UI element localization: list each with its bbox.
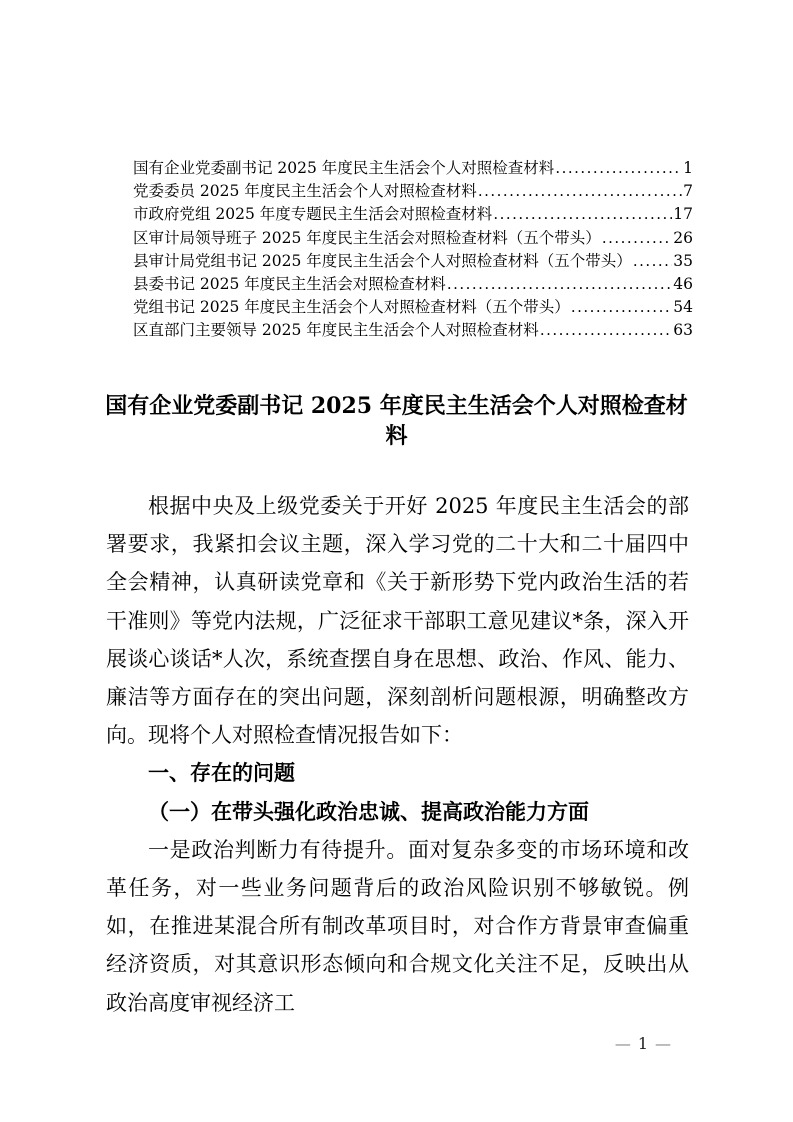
toc-dotted-leader: [602, 227, 672, 250]
document-page: 国有企业党委副书记 2025 年度民主生活会个人对照检查材料 1 党委委员 20…: [0, 0, 793, 1122]
intro-paragraph: 根据中央及上级党委关于开好 2025 年度民主生活会的部署要求，我紧扣会议主题，…: [106, 487, 689, 754]
toc-dotted-leader: [633, 250, 672, 273]
toc-page-number: 35: [673, 250, 693, 273]
toc-entry[interactable]: 党委委员 2025 年度民主生活会个人对照检查材料 7: [133, 180, 693, 203]
toc-entry-title: 区审计局领导班子 2025 年度民主生活会对照检查材料（五个带头）: [133, 227, 601, 250]
toc-dotted-leader: [571, 296, 672, 319]
toc-entry[interactable]: 市政府党组 2025 年度专题民主生活会对照检查材料 17: [133, 203, 693, 226]
toc-dotted-leader: [478, 180, 682, 203]
toc-entry[interactable]: 区审计局领导班子 2025 年度民主生活会对照检查材料（五个带头） 26: [133, 227, 693, 250]
toc-page-number: 1: [683, 157, 693, 180]
toc-entry-title: 县审计局党组书记 2025 年度民主生活会个人对照检查材料（五个带头）: [133, 250, 632, 273]
toc-entry[interactable]: 县委书记 2025 年度民主生活会对照检查材料 46: [133, 273, 693, 296]
section-heading-1-1: （一）在带头强化政治忠诚、提高政治能力方面: [106, 793, 689, 831]
toc-page-number: 26: [673, 227, 693, 250]
toc-entry-title: 国有企业党委副书记 2025 年度民主生活会个人对照检查材料: [133, 157, 554, 180]
toc-entry[interactable]: 国有企业党委副书记 2025 年度民主生活会个人对照检查材料 1: [133, 157, 693, 180]
toc-page-number: 46: [673, 273, 693, 296]
page-footer: —1—: [615, 1034, 672, 1054]
toc-page-number: 7: [683, 180, 693, 203]
toc-entry-title: 党组书记 2025 年度民主生活会个人对照检查材料（五个带头）: [133, 296, 570, 319]
toc-dotted-leader: [555, 157, 682, 180]
document-body: 根据中央及上级党委关于开好 2025 年度民主生活会的部署要求，我紧扣会议主题，…: [106, 487, 689, 1022]
toc-entry-title: 县委书记 2025 年度民主生活会对照检查材料: [133, 273, 446, 296]
footer-dash-right: —: [655, 1034, 672, 1053]
document-title: 国有企业党委副书记 2025 年度民主生活会个人对照检查材料: [105, 391, 688, 451]
footer-page-number: 1: [632, 1034, 655, 1053]
toc-dotted-leader: [493, 203, 672, 226]
body-paragraph: 一是政治判断力有待提升。面对复杂多变的市场环境和改革任务，对一些业务问题背后的政…: [106, 831, 689, 1022]
toc-page-number: 63: [673, 319, 693, 342]
toc-page-number: 54: [673, 296, 693, 319]
toc-dotted-leader: [540, 319, 672, 342]
toc-page-number: 17: [673, 203, 693, 226]
toc-entry[interactable]: 党组书记 2025 年度民主生活会个人对照检查材料（五个带头） 54: [133, 296, 693, 319]
toc-entry[interactable]: 县审计局党组书记 2025 年度民主生活会个人对照检查材料（五个带头） 35: [133, 250, 693, 273]
section-heading-1: 一、存在的问题: [106, 754, 689, 792]
toc-dotted-leader: [447, 273, 672, 296]
toc-entry[interactable]: 区直部门主要领导 2025 年度民主生活会个人对照检查材料 63: [133, 319, 693, 342]
table-of-contents: 国有企业党委副书记 2025 年度民主生活会个人对照检查材料 1 党委委员 20…: [133, 157, 693, 343]
toc-entry-title: 区直部门主要领导 2025 年度民主生活会个人对照检查材料: [133, 319, 539, 342]
toc-entry-title: 市政府党组 2025 年度专题民主生活会对照检查材料: [133, 203, 492, 226]
footer-dash-left: —: [615, 1034, 632, 1053]
toc-entry-title: 党委委员 2025 年度民主生活会个人对照检查材料: [133, 180, 477, 203]
